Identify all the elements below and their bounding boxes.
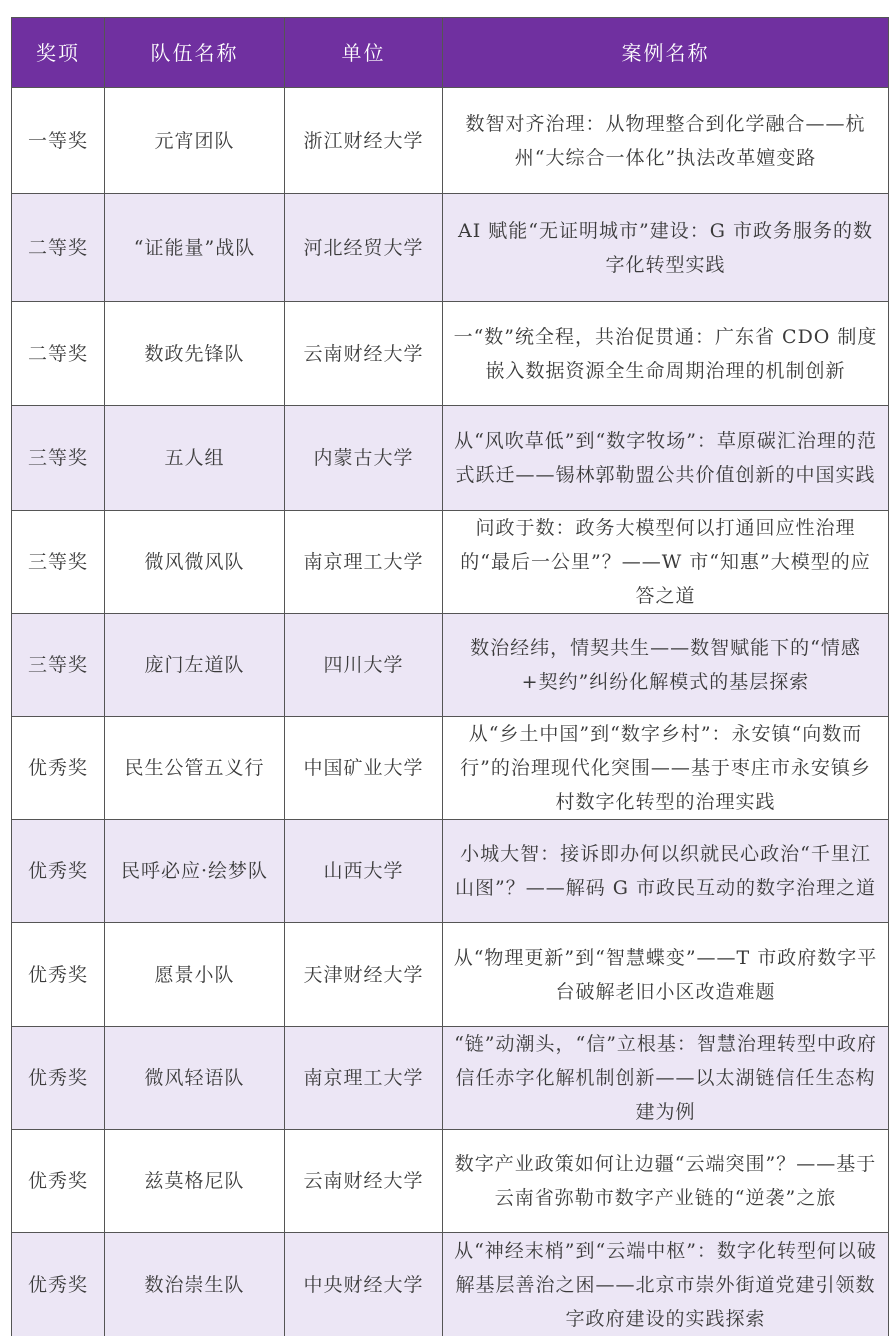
- team-cell: 微风轻语队: [105, 1027, 285, 1130]
- unit-cell: 中国矿业大学: [285, 717, 443, 820]
- award-cell: 三等奖: [12, 406, 105, 511]
- case-cell: AI 赋能“无证明城市”建设：G 市政务服务的数字化转型实践: [443, 194, 889, 302]
- team-cell: 微风微风队: [105, 511, 285, 614]
- table-row: 三等奖庞门左道队四川大学数治经纬，情契共生——数智赋能下的“情感+契约”纠纷化解…: [12, 614, 889, 717]
- unit-cell: 中央财经大学: [285, 1233, 443, 1336]
- team-cell: 元宵团队: [105, 88, 285, 194]
- unit-cell: 云南财经大学: [285, 302, 443, 406]
- table-row: 三等奖五人组内蒙古大学从“风吹草低”到“数字牧场”：草原碳汇治理的范式跃迁——锡…: [12, 406, 889, 511]
- case-cell: 从“风吹草低”到“数字牧场”：草原碳汇治理的范式跃迁——锡林郭勒盟公共价值创新的…: [443, 406, 889, 511]
- case-cell: 从“神经末梢”到“云端中枢”：数字化转型何以破解基层善治之困——北京市崇外街道党…: [443, 1233, 889, 1336]
- award-cell: 二等奖: [12, 194, 105, 302]
- case-cell: 数智对齐治理：从物理整合到化学融合——杭州“大综合一体化”执法改革嬗变路: [443, 88, 889, 194]
- award-cell: 优秀奖: [12, 1233, 105, 1336]
- table-row: 优秀奖愿景小队天津财经大学从“物理更新”到“智慧蝶变”——T 市政府数字平台破解…: [12, 923, 889, 1027]
- table-row: 优秀奖微风轻语队南京理工大学“链”动潮头，“信”立根基：智慧治理转型中政府信任赤…: [12, 1027, 889, 1130]
- team-cell: 数治崇生队: [105, 1233, 285, 1336]
- table-row: 优秀奖兹莫格尼队云南财经大学数字产业政策如何让边疆“云端突围”？——基于云南省弥…: [12, 1130, 889, 1233]
- team-cell: 庞门左道队: [105, 614, 285, 717]
- team-cell: 民呼必应·绘梦队: [105, 820, 285, 923]
- case-cell: “链”动潮头，“信”立根基：智慧治理转型中政府信任赤字化解机制创新——以太湖链信…: [443, 1027, 889, 1130]
- award-cell: 优秀奖: [12, 717, 105, 820]
- column-header-unit: 单位: [285, 18, 443, 88]
- team-cell: 数政先锋队: [105, 302, 285, 406]
- table-row: 二等奖数政先锋队云南财经大学一“数”统全程，共治促贯通：广东省 CDO 制度嵌入…: [12, 302, 889, 406]
- unit-cell: 浙江财经大学: [285, 88, 443, 194]
- column-header-award: 奖项: [12, 18, 105, 88]
- award-cell: 优秀奖: [12, 820, 105, 923]
- unit-cell: 云南财经大学: [285, 1130, 443, 1233]
- team-cell: “证能量”战队: [105, 194, 285, 302]
- award-cell: 优秀奖: [12, 1130, 105, 1233]
- table-row: 优秀奖民生公管五义行中国矿业大学从“乡土中国”到“数字乡村”：永安镇“向数而行”…: [12, 717, 889, 820]
- awards-table: 奖项 队伍名称 单位 案例名称 一等奖元宵团队浙江财经大学数智对齐治理：从物理整…: [11, 17, 889, 1336]
- team-cell: 愿景小队: [105, 923, 285, 1027]
- table-body: 一等奖元宵团队浙江财经大学数智对齐治理：从物理整合到化学融合——杭州“大综合一体…: [12, 88, 889, 1336]
- case-cell: 问政于数：政务大模型何以打通回应性治理的“最后一公里”？——W 市“知惠”大模型…: [443, 511, 889, 614]
- table-row: 三等奖微风微风队南京理工大学问政于数：政务大模型何以打通回应性治理的“最后一公里…: [12, 511, 889, 614]
- award-cell: 优秀奖: [12, 923, 105, 1027]
- table-row: 一等奖元宵团队浙江财经大学数智对齐治理：从物理整合到化学融合——杭州“大综合一体…: [12, 88, 889, 194]
- case-cell: 数字产业政策如何让边疆“云端突围”？——基于云南省弥勒市数字产业链的“逆袭”之旅: [443, 1130, 889, 1233]
- table-header-row: 奖项 队伍名称 单位 案例名称: [12, 18, 889, 88]
- case-cell: 小城大智：接诉即办何以织就民心政治“千里江山图”？——解码 G 市政民互动的数字…: [443, 820, 889, 923]
- unit-cell: 山西大学: [285, 820, 443, 923]
- unit-cell: 南京理工大学: [285, 1027, 443, 1130]
- unit-cell: 河北经贸大学: [285, 194, 443, 302]
- case-cell: 从“物理更新”到“智慧蝶变”——T 市政府数字平台破解老旧小区改造难题: [443, 923, 889, 1027]
- case-cell: 从“乡土中国”到“数字乡村”：永安镇“向数而行”的治理现代化突围——基于枣庄市永…: [443, 717, 889, 820]
- unit-cell: 南京理工大学: [285, 511, 443, 614]
- award-cell: 一等奖: [12, 88, 105, 194]
- table-row: 优秀奖数治崇生队中央财经大学从“神经末梢”到“云端中枢”：数字化转型何以破解基层…: [12, 1233, 889, 1336]
- case-cell: 一“数”统全程，共治促贯通：广东省 CDO 制度嵌入数据资源全生命周期治理的机制…: [443, 302, 889, 406]
- award-cell: 优秀奖: [12, 1027, 105, 1130]
- unit-cell: 天津财经大学: [285, 923, 443, 1027]
- award-cell: 三等奖: [12, 614, 105, 717]
- case-cell: 数治经纬，情契共生——数智赋能下的“情感+契约”纠纷化解模式的基层探索: [443, 614, 889, 717]
- table-row: 二等奖“证能量”战队河北经贸大学AI 赋能“无证明城市”建设：G 市政务服务的数…: [12, 194, 889, 302]
- column-header-team: 队伍名称: [105, 18, 285, 88]
- unit-cell: 四川大学: [285, 614, 443, 717]
- team-cell: 五人组: [105, 406, 285, 511]
- unit-cell: 内蒙古大学: [285, 406, 443, 511]
- table-row: 优秀奖民呼必应·绘梦队山西大学小城大智：接诉即办何以织就民心政治“千里江山图”？…: [12, 820, 889, 923]
- award-cell: 三等奖: [12, 511, 105, 614]
- column-header-case: 案例名称: [443, 18, 889, 88]
- team-cell: 民生公管五义行: [105, 717, 285, 820]
- award-cell: 二等奖: [12, 302, 105, 406]
- team-cell: 兹莫格尼队: [105, 1130, 285, 1233]
